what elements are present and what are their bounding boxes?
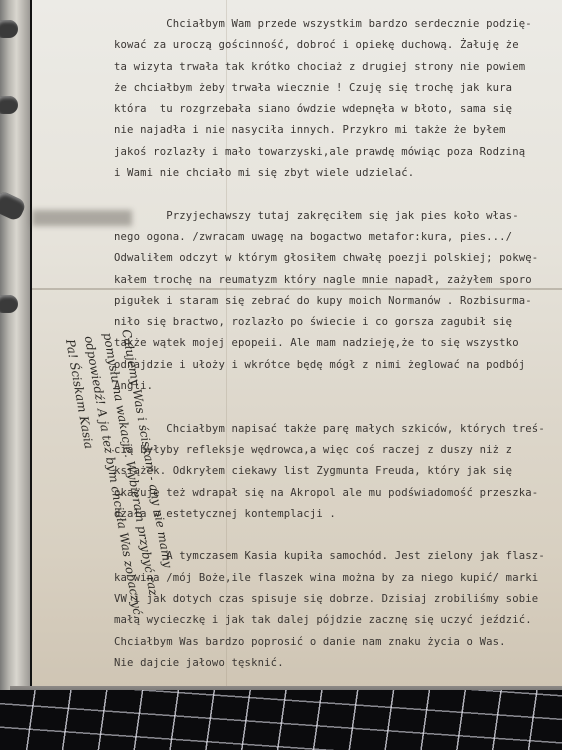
typed-line: okazuje też wdrapał się na Akropol ale m… [114,483,562,504]
typed-line: Chciałbym Wam przede wszystkim bardzo se… [114,14,562,35]
typed-line: nego ogona. /zwracam uwagę na bogactwo m… [114,227,562,248]
typed-line: Przyjechawszy tutaj zakręciłem się jak p… [114,206,562,227]
binder-spine [0,0,30,700]
typed-line: A tymczasem Kasia kupiła samochód. Jest … [114,546,562,567]
binder-ring [0,295,18,313]
typed-line: także wątek mojej epopeii. Ale mam nadzi… [114,333,562,354]
typed-line: pigułek i staram się zebrać do kupy moic… [114,291,562,312]
typed-line: nie najadła i nie nasyciła innych. Przyk… [114,120,562,141]
typed-line [114,525,562,546]
binder-ring [0,190,27,223]
typed-line: jakoś rozlazły i mało towarzyski,ale pra… [114,142,562,163]
typed-line: niło się bractwo, rozlazło po świecie i … [114,312,562,333]
letter-page: Kochani Halu i Zdzisławie Chciałbym Wam … [32,0,562,688]
typed-line: książek. Odkryłem ciekawy list Zygmunta … [114,461,562,482]
typed-line: dzała w estetycznej kontemplacji . [114,504,562,525]
binder-ring [0,20,18,38]
typed-line: cią byłyby refleksje wędrowca,a więc coś… [114,440,562,461]
typed-line: Chciałbym napisać także parę małych szki… [114,419,562,440]
typed-line: która tu rozgrzebała siano ówdzie wdepnę… [114,99,562,120]
typed-line: kować za uroczą gościnność, dobroć i opi… [114,35,562,56]
typed-line: Angli. [114,376,562,397]
binder-ring [0,96,18,114]
typed-line: ka wina /mój Boże,ile flaszek wina można… [114,568,562,589]
cutting-mat-grid [0,690,562,750]
typed-line [114,397,562,418]
typed-line: kałem trochę na reumatyzm który nagle mn… [114,270,562,291]
typed-line [114,184,562,205]
typed-line: odnajdzie i ułoży i wkrótce będę mógł z … [114,355,562,376]
typed-line: Odwaliłem odczyt w którym głosiłem chwał… [114,248,562,269]
typed-line: ta wizyta trwała tak krótko chociaż z dr… [114,57,562,78]
typed-line: że chciałbym żeby trwała wiecznie ! Czuj… [114,78,562,99]
typed-line: i Wami nie chciało mi się zbyt wiele udz… [114,163,562,184]
